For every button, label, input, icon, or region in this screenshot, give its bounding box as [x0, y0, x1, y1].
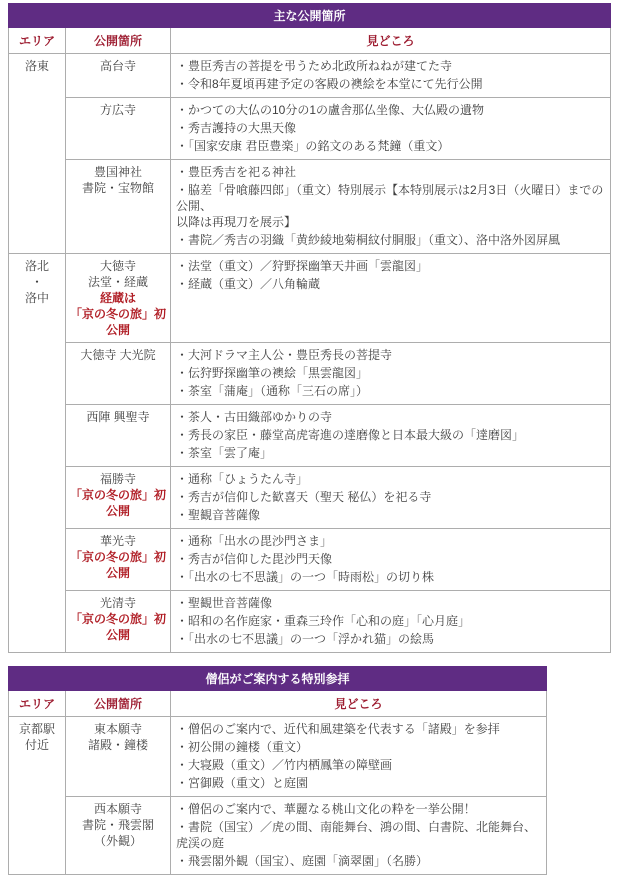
- site-name: 豊国神社 書院・宝物館: [68, 164, 168, 196]
- col-header-site: 公開箇所: [66, 28, 171, 54]
- site-name: 福勝寺: [68, 471, 168, 487]
- site-name: 光清寺: [68, 595, 168, 611]
- site-cell: 豊国神社 書院・宝物館: [66, 160, 171, 254]
- highlights-cell: ・聖観世音菩薩像・昭和の名作庭家・重森三玲作「心和の庭」「心月庭」・「出水の七不…: [171, 591, 611, 653]
- site-cell: 西本願寺 書院・飛雲閣 （外観）: [66, 797, 171, 875]
- site-cell: 大徳寺 大光院: [66, 343, 171, 405]
- column-header-row: エリア公開箇所見どころ: [9, 28, 611, 54]
- highlight-point: ・僧侶のご案内で、近代和風建築を代表する「諸殿」を参拝: [176, 720, 541, 738]
- first-opening-note: 「京の冬の旅」初 公開: [68, 487, 168, 519]
- highlight-point: ・書院（国宝）／虎の間、南能舞台、鴻の間、白書院、北能舞台、虎渓の庭: [176, 818, 541, 852]
- highlight-point: ・豊臣秀吉を祀る神社: [176, 163, 605, 181]
- highlight-point: ・「出水の七不思議」の一つ「時雨松」の切り株: [176, 568, 605, 586]
- highlight-point: ・秀長の家臣・藤堂高虎寄進の達磨像と日本最大級の「達磨図」: [176, 426, 605, 444]
- area-cell: 京都駅 付近: [9, 717, 66, 875]
- table-row: 光清寺「京の冬の旅」初 公開・聖観世音菩薩像・昭和の名作庭家・重森三玲作「心和の…: [9, 591, 611, 653]
- highlight-point: ・茶室「蒲庵」（通称「三石の席」）: [176, 382, 605, 400]
- table-row: 洛北 ・ 洛中大徳寺 法堂・経蔵経蔵は 「京の冬の旅」初 公開・法堂（重文）／狩…: [9, 254, 611, 343]
- highlight-point: ・昭和の名作庭家・重森三玲作「心和の庭」「心月庭」: [176, 612, 605, 630]
- highlight-point: ・宮御殿（重文）と庭園: [176, 774, 541, 792]
- page: 主な公開箇所エリア公開箇所見どころ洛東高台寺・豊臣秀吉の菩提を弔うため北政所ねね…: [0, 0, 617, 881]
- highlight-point: ・経蔵（重文）／八角輪蔵: [176, 275, 605, 293]
- table-row: 西本願寺 書院・飛雲閣 （外観）・僧侶のご案内で、華麗なる桃山文化の粋を一挙公開…: [9, 797, 547, 875]
- highlights-cell: ・法堂（重文）／狩野探幽筆天井画「雲龍図」・経蔵（重文）／八角輪蔵: [171, 254, 611, 343]
- highlight-point: ・令和8年夏頃再建予定の客殿の襖絵を本堂にて先行公開: [176, 75, 605, 93]
- main-openings-table: 主な公開箇所エリア公開箇所見どころ洛東高台寺・豊臣秀吉の菩提を弔うため北政所ねね…: [8, 3, 611, 653]
- site-name: 大徳寺 大光院: [68, 347, 168, 363]
- first-opening-note: 「京の冬の旅」初 公開: [68, 611, 168, 643]
- area-cell: 洛東: [9, 54, 66, 254]
- highlights-cell: ・かつての大仏の10分の1の盧舎那仏坐像、大仏殿の遺物・秀吉護持の大黒天像・「国…: [171, 98, 611, 160]
- site-cell: 大徳寺 法堂・経蔵経蔵は 「京の冬の旅」初 公開: [66, 254, 171, 343]
- site-cell: 高台寺: [66, 54, 171, 98]
- highlight-point: ・秀吉護持の大黒天像: [176, 119, 605, 137]
- highlight-point: ・豊臣秀吉の菩提を弔うため北政所ねねが建てた寺: [176, 57, 605, 75]
- site-cell: 東本願寺 諸殿・鐘楼: [66, 717, 171, 797]
- site-cell: 西陣 興聖寺: [66, 405, 171, 467]
- table-row: 福勝寺「京の冬の旅」初 公開・通称「ひょうたん寺」・秀吉が信仰した歓喜天（聖天 …: [9, 467, 611, 529]
- col-header-highlights: 見どころ: [171, 28, 611, 54]
- table-row: 豊国神社 書院・宝物館・豊臣秀吉を祀る神社・脇差「骨喰藤四郎」（重文）特別展示【…: [9, 160, 611, 254]
- site-name: 方広寺: [68, 102, 168, 118]
- highlight-point: ・聖観音菩薩像: [176, 506, 605, 524]
- site-name: 高台寺: [68, 58, 168, 74]
- table-title-row: 主な公開箇所: [9, 4, 611, 28]
- table-row: 大徳寺 大光院・大河ドラマ主人公・豊臣秀長の菩提寺・伝狩野探幽筆の襖絵「黒雲龍図…: [9, 343, 611, 405]
- table-row: 京都駅 付近東本願寺 諸殿・鐘楼・僧侶のご案内で、近代和風建築を代表する「諸殿」…: [9, 717, 547, 797]
- highlight-point: ・法堂（重文）／狩野探幽筆天井画「雲龍図」: [176, 257, 605, 275]
- highlight-point: ・「国家安康 君臣豊楽」の銘文のある梵鐘（重文）: [176, 137, 605, 155]
- col-header-area: エリア: [9, 28, 66, 54]
- site-cell: 華光寺「京の冬の旅」初 公開: [66, 529, 171, 591]
- highlight-point: ・大寝殿（重文）／竹内栖鳳筆の障壁画: [176, 756, 541, 774]
- highlight-point: ・書院／秀吉の羽織「黄紗綾地菊桐紋付胴服」（重文）、洛中洛外図屏風: [176, 231, 605, 249]
- site-name: 大徳寺 法堂・経蔵: [68, 258, 168, 290]
- highlight-point: ・伝狩野探幽筆の襖絵「黒雲龍図」: [176, 364, 605, 382]
- highlight-point: ・秀吉が信仰した毘沙門天像: [176, 550, 605, 568]
- highlight-point: ・茶人・古田織部ゆかりの寺: [176, 408, 605, 426]
- highlight-point: ・茶室「雲了庵」: [176, 444, 605, 462]
- site-cell: 方広寺: [66, 98, 171, 160]
- table-row: 方広寺・かつての大仏の10分の1の盧舎那仏坐像、大仏殿の遺物・秀吉護持の大黒天像…: [9, 98, 611, 160]
- highlights-cell: ・茶人・古田織部ゆかりの寺・秀長の家臣・藤堂高虎寄進の達磨像と日本最大級の「達磨…: [171, 405, 611, 467]
- table-row: 洛東高台寺・豊臣秀吉の菩提を弔うため北政所ねねが建てた寺・令和8年夏頃再建予定の…: [9, 54, 611, 98]
- table-row: 西陣 興聖寺・茶人・古田織部ゆかりの寺・秀長の家臣・藤堂高虎寄進の達磨像と日本最…: [9, 405, 611, 467]
- highlights-cell: ・通称「出水の毘沙門さま」・秀吉が信仰した毘沙門天像・「出水の七不思議」の一つ「…: [171, 529, 611, 591]
- highlight-point: ・かつての大仏の10分の1の盧舎那仏坐像、大仏殿の遺物: [176, 101, 605, 119]
- col-header-site: 公開箇所: [66, 691, 171, 717]
- table-row: 華光寺「京の冬の旅」初 公開・通称「出水の毘沙門さま」・秀吉が信仰した毘沙門天像…: [9, 529, 611, 591]
- col-header-highlights: 見どころ: [171, 691, 547, 717]
- site-name: 西陣 興聖寺: [68, 409, 168, 425]
- highlight-point: ・秀吉が信仰した歓喜天（聖天 秘仏）を祀る寺: [176, 488, 605, 506]
- column-header-row: エリア公開箇所見どころ: [9, 691, 547, 717]
- site-name: 西本願寺 書院・飛雲閣 （外観）: [68, 801, 168, 849]
- highlight-point: ・通称「ひょうたん寺」: [176, 470, 605, 488]
- site-cell: 光清寺「京の冬の旅」初 公開: [66, 591, 171, 653]
- table-title: 主な公開箇所: [9, 4, 611, 28]
- highlights-cell: ・豊臣秀吉を祀る神社・脇差「骨喰藤四郎」（重文）特別展示【本特別展示は2月3日（…: [171, 160, 611, 254]
- site-name: 華光寺: [68, 533, 168, 549]
- highlight-point: ・聖観世音菩薩像: [176, 594, 605, 612]
- highlight-point: ・初公開の鐘楼（重文）: [176, 738, 541, 756]
- monk-guided-special-visit-table: 僧侶がご案内する特別参拝エリア公開箇所見どころ京都駅 付近東本願寺 諸殿・鐘楼・…: [8, 666, 547, 875]
- highlights-cell: ・僧侶のご案内で、近代和風建築を代表する「諸殿」を参拝・初公開の鐘楼（重文）・大…: [171, 717, 547, 797]
- first-opening-note: 経蔵は 「京の冬の旅」初 公開: [68, 290, 168, 338]
- highlights-cell: ・通称「ひょうたん寺」・秀吉が信仰した歓喜天（聖天 秘仏）を祀る寺・聖観音菩薩像: [171, 467, 611, 529]
- highlight-point: ・僧侶のご案内で、華麗なる桃山文化の粋を一挙公開！: [176, 800, 541, 818]
- highlight-point: ・飛雲閣外観（国宝）、庭園「滴翠園」（名勝）: [176, 852, 541, 870]
- highlight-point: ・「出水の七不思議」の一つ「浮かれ猫」の絵馬: [176, 630, 605, 648]
- area-cell: 洛北 ・ 洛中: [9, 254, 66, 653]
- highlight-point: ・通称「出水の毘沙門さま」: [176, 532, 605, 550]
- highlights-cell: ・豊臣秀吉の菩提を弔うため北政所ねねが建てた寺・令和8年夏頃再建予定の客殿の襖絵…: [171, 54, 611, 98]
- table-title: 僧侶がご案内する特別参拝: [9, 667, 547, 691]
- highlight-point: ・大河ドラマ主人公・豊臣秀長の菩提寺: [176, 346, 605, 364]
- site-cell: 福勝寺「京の冬の旅」初 公開: [66, 467, 171, 529]
- highlight-point: ・脇差「骨喰藤四郎」（重文）特別展示【本特別展示は2月3日（火曜日）までの公開、…: [176, 181, 605, 231]
- table-title-row: 僧侶がご案内する特別参拝: [9, 667, 547, 691]
- highlights-cell: ・僧侶のご案内で、華麗なる桃山文化の粋を一挙公開！・書院（国宝）／虎の間、南能舞…: [171, 797, 547, 875]
- first-opening-note: 「京の冬の旅」初 公開: [68, 549, 168, 581]
- col-header-area: エリア: [9, 691, 66, 717]
- highlights-cell: ・大河ドラマ主人公・豊臣秀長の菩提寺・伝狩野探幽筆の襖絵「黒雲龍図」・茶室「蒲庵…: [171, 343, 611, 405]
- site-name: 東本願寺 諸殿・鐘楼: [68, 721, 168, 753]
